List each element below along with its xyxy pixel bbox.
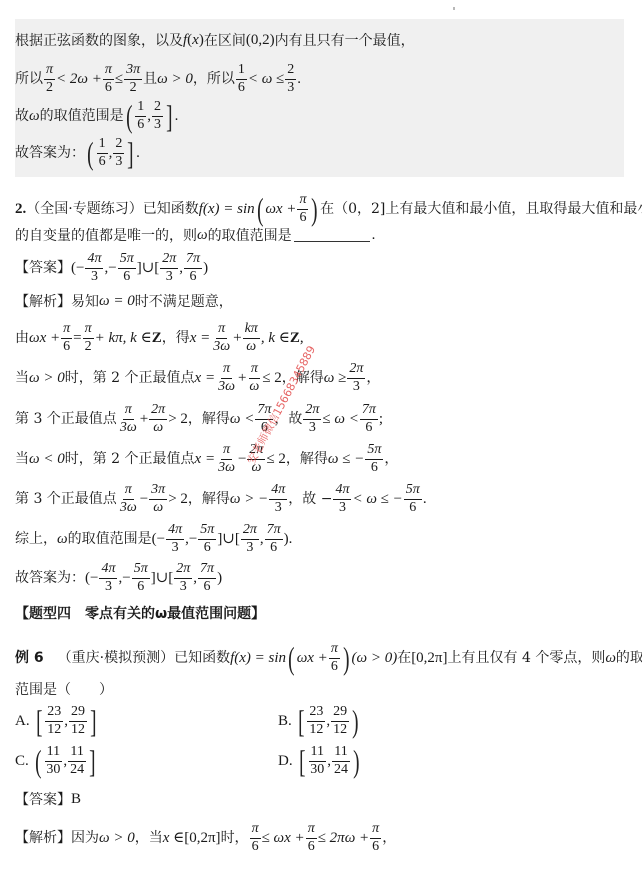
prev-solution-line-4: 故答案为： ( 16, 23 ].	[15, 137, 140, 169]
fraction: 5π6	[118, 252, 136, 284]
fraction: 4π3	[85, 252, 103, 284]
example-6-line-2: 范围是（ ）	[15, 683, 113, 697]
fraction: 3π2	[124, 63, 142, 95]
problem-2-line-1: 2. （全国·专题练习）已知函数 f(x) = sin (ωx + π6 ) 在…	[15, 193, 642, 225]
prev-solution-line-2: 所以 π2 < 2ω + π6 ≤ 3π2 且 ω > 0 ，所以 16 < ω…	[15, 63, 301, 95]
problem-2-analysis-line-5: 当 ω < 0 时，第 2 个正最值点 x = π3ω − 2πω ≤ 2 ，解…	[15, 443, 398, 475]
problem-2-analysis-line-4: 第 3 个正最值点 π3ω + 2πω > 2 ，解得 ω < 7π6 ，故 2…	[15, 403, 383, 435]
problem-2-analysis-line-8: 故答案为： (− 4π3 ,− 5π6 ]∪[ 2π3 , 7π6 )	[15, 562, 222, 594]
problem-2-analysis-line-7: 综上， ω 的取值范围是 (− 4π3 ,− 5π6 ]∪[ 2π3 , 7π6…	[15, 523, 292, 555]
page-mark	[453, 7, 455, 10]
problem-2-analysis-line-3: 当 ω > 0 时，第 2 个正最值点 x = π3ω + πω ≤ 2 ，解得…	[15, 362, 380, 394]
example-6-line-1: 例 6 （重庆·模拟预测）已知函数 f(x) = sin (ωx + π6 ) …	[15, 642, 642, 674]
fraction: π6	[297, 193, 308, 225]
answer-blank	[294, 229, 370, 242]
fraction: 16	[135, 100, 146, 132]
option-a[interactable]: A. [ 2312, 2912 ]	[15, 705, 99, 737]
prev-solution-line-1: 根据正弦函数的图象，以及 f(x) 在区间 (0,2) 内有且只有一个最值，	[15, 33, 415, 48]
section-heading: 【题型四 零点有关的ω最值范围问题】	[15, 607, 265, 621]
example-label: 例 6	[15, 651, 44, 665]
option-c[interactable]: C. ( 1130, 1124 ]	[15, 745, 98, 777]
fraction: 23	[113, 137, 124, 169]
fraction: 23	[285, 63, 296, 95]
example-6-analysis: 【解析】 因为 ω > 0 ，当 x ∈ [0,2π] 时， π6 ≤ ωx +…	[15, 822, 396, 854]
problem-2-line-2: 的自变量的值都是唯一的，则 ω 的取值范围是 .	[15, 228, 375, 243]
problem-2-analysis-line-2: 由 ωx + π6 = π2 + kπ, k ∈Z ，得 x = π3ω + k…	[15, 322, 304, 354]
fraction: 7π6	[184, 252, 202, 284]
fraction: 16	[236, 63, 247, 95]
fraction: 23	[152, 100, 163, 132]
problem-number: 2.	[15, 202, 26, 217]
option-b[interactable]: B. [ 2312, 2912 )	[278, 705, 361, 737]
prev-solution-line-3: 故 ω 的取值范围是 ( 16, 23 ].	[15, 100, 178, 132]
problem-2-answer: 【答案】 (− 4π3 ,− 5π6 ]∪[ 2π3 , 7π6 )	[15, 252, 208, 284]
example-6-answer: 【答案】 B	[15, 792, 81, 807]
option-d[interactable]: D. [ 1130, 1124 )	[278, 745, 362, 777]
fraction: 2π3	[160, 252, 178, 284]
fraction: π2	[44, 63, 55, 95]
problem-2-analysis-line-6: 第 3 个正最值点 π3ω − 3πω > 2 ，解得 ω > − 4π3 ，故…	[15, 483, 427, 515]
fraction: π6	[103, 63, 114, 95]
problem-2-analysis-line-1: 【解析】 易知 ω = 0 时不满足题意，	[15, 294, 233, 309]
fraction: 16	[97, 137, 108, 169]
